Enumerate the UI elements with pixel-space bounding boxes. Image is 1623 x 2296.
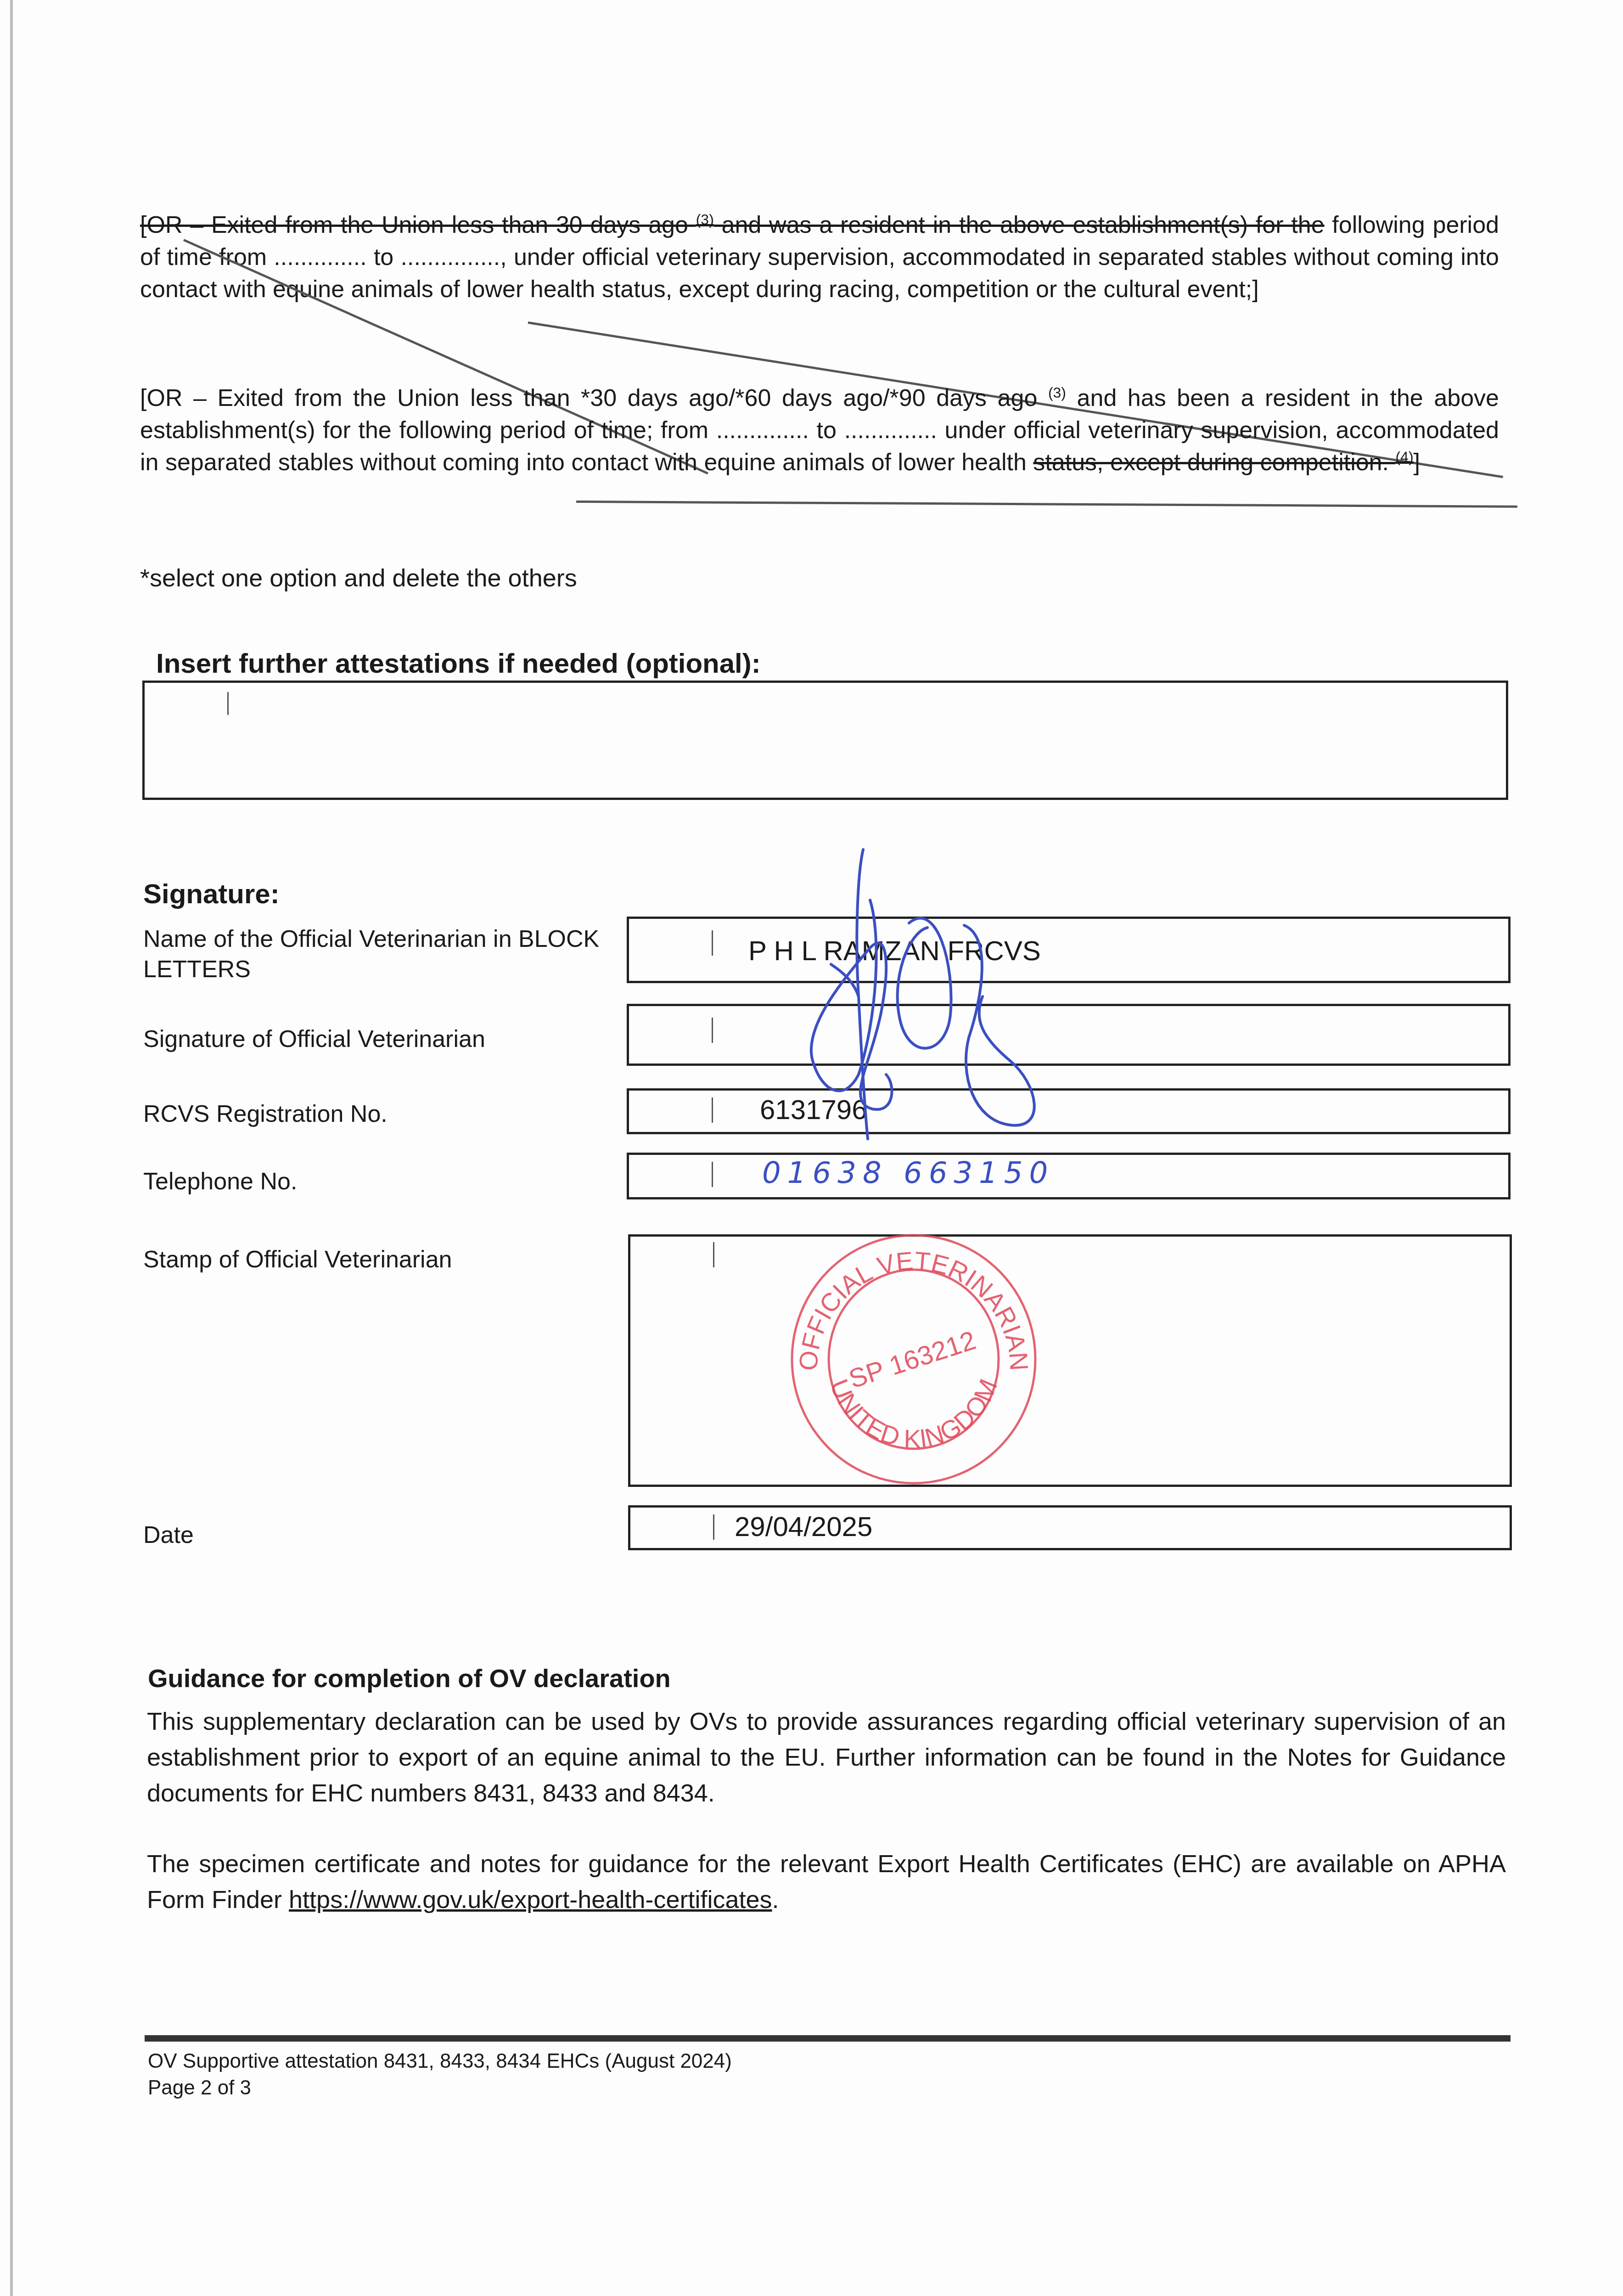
field-label-rcvs: RCVS Registration No. <box>143 1099 387 1129</box>
footer-document-title: OV Supportive attestation 8431, 8433, 84… <box>148 2048 732 2075</box>
signature-heading: Signature: <box>143 878 280 910</box>
stamp-center-text: SP 163212 <box>845 1325 979 1394</box>
field-cursor-mark <box>712 1097 713 1123</box>
stamp-ring-bottom-text: UNITED KINGDOM <box>825 1375 1003 1453</box>
option-1-struck-text: [OR – Exited from the Union less than 30… <box>140 212 1325 238</box>
date-value: 29/04/2025 <box>735 1511 872 1542</box>
further-attestations-heading: Insert further attestations if needed (o… <box>156 647 761 679</box>
option-2-paragraph: [OR – Exited from the Union less than *3… <box>140 382 1499 478</box>
guidance-paragraph-1: This supplementary declaration can be us… <box>147 1704 1506 1811</box>
scan-edge <box>10 0 13 2296</box>
export-health-certificates-link[interactable]: https://www.gov.uk/export-health-certifi… <box>289 1886 772 1913</box>
select-note: *select one option and delete the others <box>140 564 577 592</box>
field-label-telephone: Telephone No. <box>143 1166 297 1197</box>
handwritten-signature-icon <box>735 845 1148 1148</box>
guidance-paragraph-2: The specimen certificate and notes for g… <box>147 1846 1506 1918</box>
option-1-paragraph: [OR – Exited from the Union less than 30… <box>140 209 1499 305</box>
field-cursor-mark <box>227 692 229 715</box>
field-label-stamp: Stamp of Official Veterinarian <box>143 1244 452 1275</box>
option-2-struck-tail: status, except during competition. (4) <box>1033 449 1413 476</box>
field-cursor-mark <box>713 1514 714 1540</box>
svg-text:UNITED KINGDOM: UNITED KINGDOM <box>825 1375 1003 1453</box>
guidance-heading: Guidance for completion of OV declaratio… <box>148 1663 671 1693</box>
field-label-name: Name of the Official Veterinarian in BLO… <box>143 924 602 985</box>
telephone-field[interactable] <box>627 1153 1511 1199</box>
strike-underline-2 <box>576 501 1517 508</box>
footer-page-number: Page 2 of 3 <box>148 2075 251 2101</box>
official-veterinarian-stamp-icon: OFFICIAL VETERINARIAN UNITED KINGDOM SP … <box>781 1231 1047 1488</box>
footer-rule <box>145 2035 1511 2042</box>
field-cursor-mark <box>712 930 713 956</box>
further-attestations-field[interactable] <box>142 681 1508 800</box>
field-cursor-mark <box>712 1018 713 1043</box>
field-label-signature: Signature of Official Veterinarian <box>143 1024 485 1054</box>
telephone-value-handwritten: 01638 663150 <box>762 1156 1054 1190</box>
stamp-field[interactable] <box>628 1234 1512 1487</box>
field-cursor-mark <box>713 1242 714 1267</box>
field-label-date: Date <box>143 1520 194 1550</box>
field-cursor-mark <box>712 1162 713 1187</box>
